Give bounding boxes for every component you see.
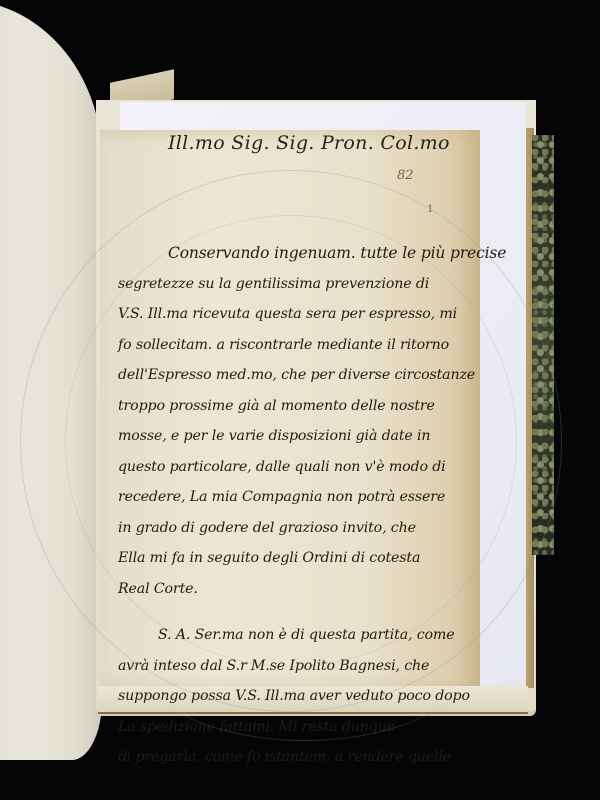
letter-line: Ella mi fa in seguito degli Ordini di co… bbox=[118, 543, 478, 574]
folio-mark: 1 bbox=[427, 204, 433, 215]
letter-line: di pregarla, come fo istantem. a rendere… bbox=[118, 742, 478, 773]
document-photo: Ill.mo Sig. Sig. Pron. Col.mo 82 1 Conse… bbox=[0, 0, 600, 800]
letter-line: S. A. Ser.ma non è di questa partita, co… bbox=[118, 620, 478, 651]
folio-number: 82 bbox=[397, 168, 414, 183]
letter-line: La spedizione fattami. Mi resta dunque bbox=[118, 712, 478, 743]
letter-line: Conservando ingenuam. tutte le più preci… bbox=[118, 238, 478, 269]
letter-line: mosse, e per le varie disposizioni già d… bbox=[118, 421, 478, 452]
letter-line: recedere, La mia Compagnia non potrà ess… bbox=[118, 482, 478, 513]
letter-line: V.S. Ill.ma ricevuta questa sera per esp… bbox=[118, 299, 478, 330]
letter-line: dell'Espresso med.mo, che per diverse ci… bbox=[118, 360, 478, 391]
letter-line: fo sollecitam. a riscontrarle mediante i… bbox=[118, 330, 478, 361]
letter-line: troppo prossime già al momento delle nos… bbox=[118, 391, 478, 422]
letter-line: segretezze su la gentilissima prevenzion… bbox=[118, 269, 478, 300]
marbled-cover-edge bbox=[532, 135, 554, 555]
letter-line: Real Corte. bbox=[118, 574, 478, 605]
letter-line: in grado di godere del grazioso invito, … bbox=[118, 513, 478, 544]
letter-line: questo particolare, dalle quali non v'è … bbox=[118, 452, 478, 483]
letter-line: avrà inteso dal S.r M.se Ipolito Bagnesi… bbox=[118, 651, 478, 682]
letter-body: Conservando ingenuam. tutte le più preci… bbox=[118, 238, 478, 773]
letter-salutation: Ill.mo Sig. Sig. Pron. Col.mo bbox=[168, 132, 450, 154]
left-book-page bbox=[0, 0, 102, 760]
letter-line: suppongo possa V.S. Ill.ma aver veduto p… bbox=[118, 681, 478, 712]
paragraph-gap bbox=[118, 604, 478, 620]
